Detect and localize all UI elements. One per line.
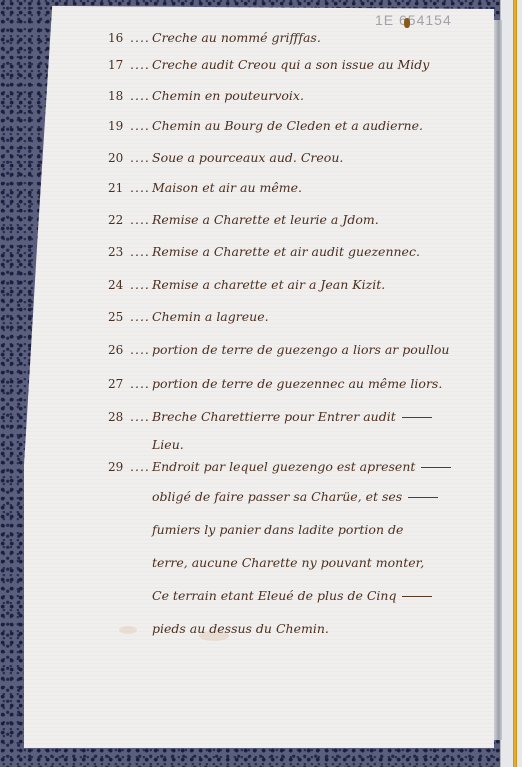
entry-28-continuation: Lieu.: [108, 437, 498, 459]
entry-text: Maison et air au même.: [152, 180, 302, 195]
entry-20: 20....Soue a pourceaux aud. Creou.: [108, 150, 498, 180]
entry-text: Remise a charette et air a Jean Kizit.: [152, 277, 385, 292]
entry-number: 23: [108, 245, 130, 259]
entry-28: 28....Breche Charettierre pour Entrer au…: [108, 409, 498, 437]
entry-17: 17....Creche audit Creou qui a son issue…: [108, 57, 498, 88]
entry-dots: ....: [130, 150, 152, 165]
entry-number: 18: [108, 89, 130, 103]
entry-29-continuation-3: terre, aucune Charette ny pouvant monter…: [108, 555, 498, 588]
entry-continuation-text: obligé de faire passer sa Charüe, et ses: [152, 489, 402, 504]
entry-18: 18....Chemin en pouteurvoix.: [108, 88, 498, 118]
entry-number: 16: [108, 31, 130, 45]
entry-dots: ....: [130, 376, 152, 391]
entry-text: Breche Charettierre pour Entrer audit: [152, 409, 396, 424]
entry-27: 27....portion de terre de guezennec au m…: [108, 376, 498, 409]
entry-text: Chemin au Bourg de Cleden et a audierne.: [152, 118, 423, 133]
entry-dots: ....: [130, 309, 152, 324]
entry-16: 16....Creche au nommé grifffas.: [108, 30, 498, 57]
entry-26: 26....portion de terre de guezengo a lio…: [108, 342, 498, 376]
entry-29-continuation-1: obligé de faire passer sa Charüe, et ses: [108, 489, 498, 522]
entry-text: Chemin en pouteurvoix.: [152, 88, 304, 103]
entry-continuation-text: Lieu.: [152, 437, 184, 452]
entry-continuation-text: terre, aucune Charette ny pouvant monter…: [152, 555, 424, 570]
entry-text: Creche audit Creou qui a son issue au Mi…: [152, 57, 429, 72]
ink-stain: [404, 18, 410, 28]
entry-text: Remise a Charette et leurie a Jdom.: [152, 212, 379, 227]
entry-29: 29....Endroit par lequel guezengo est ap…: [108, 459, 498, 489]
entry-dots: ....: [130, 277, 152, 292]
entry-number: 21: [108, 181, 130, 195]
entry-29-continuation-4: Ce terrain etant Eleué de plus de Cinq: [108, 588, 498, 621]
binding-gold-edge: [513, 0, 517, 767]
entry-23: 23....Remise a Charette et air audit gue…: [108, 244, 498, 277]
entry-dots: ....: [130, 30, 152, 45]
entry-22: 22....Remise a Charette et leurie a Jdom…: [108, 212, 498, 244]
entry-continuation-text: pieds au dessus du Chemin.: [152, 621, 329, 636]
entry-dots: ....: [130, 409, 152, 424]
entry-text: portion de terre de guezengo a liors ar …: [152, 342, 449, 357]
entry-dots: ....: [130, 459, 152, 474]
entry-list: 16....Creche au nommé grifffas. 17....Cr…: [108, 30, 498, 651]
entry-dots: ....: [130, 244, 152, 259]
entry-dots: ....: [130, 180, 152, 195]
entry-29-continuation-5: pieds au dessus du Chemin.: [108, 621, 498, 651]
line-filler-stroke: [408, 497, 438, 498]
entry-text: portion de terre de guezennec au même li…: [152, 376, 442, 391]
line-filler-stroke: [402, 596, 432, 597]
entry-text: Soue a pourceaux aud. Creou.: [152, 150, 343, 165]
entry-number: 26: [108, 343, 130, 357]
entry-19: 19....Chemin au Bourg de Cleden et a aud…: [108, 118, 498, 150]
line-filler-stroke: [421, 467, 451, 468]
entry-dots: ....: [130, 342, 152, 357]
entry-number: 25: [108, 310, 130, 324]
binding-strip: [500, 0, 522, 767]
entry-number: 19: [108, 119, 130, 133]
entry-dots: ....: [130, 212, 152, 227]
entry-number: 28: [108, 410, 130, 424]
entry-continuation-text: fumiers ly panier dans ladite portion de: [152, 522, 403, 537]
entry-dots: ....: [130, 88, 152, 103]
entry-29-continuation-2: fumiers ly panier dans ladite portion de: [108, 522, 498, 555]
entry-dots: ....: [130, 118, 152, 133]
entry-continuation-text: Ce terrain etant Eleué de plus de Cinq: [152, 588, 396, 603]
entry-text: Creche au nommé grifffas.: [152, 30, 321, 45]
entry-dots: ....: [130, 57, 152, 72]
entry-21: 21....Maison et air au même.: [108, 180, 498, 212]
entry-number: 20: [108, 151, 130, 165]
line-filler-stroke: [402, 417, 432, 418]
entry-number: 29: [108, 460, 130, 474]
entry-25: 25....Chemin a lagreue.: [108, 309, 498, 342]
entry-number: 22: [108, 213, 130, 227]
entry-text: Chemin a lagreue.: [152, 309, 269, 324]
entry-number: 27: [108, 377, 130, 391]
entry-text: Remise a Charette et air audit guezennec…: [152, 244, 420, 259]
entry-text: Endroit par lequel guezengo est apresent: [152, 459, 415, 474]
entry-24: 24....Remise a charette et air a Jean Ki…: [108, 277, 498, 309]
entry-number: 17: [108, 58, 130, 72]
entry-number: 24: [108, 278, 130, 292]
archive-reference: 1E 654154: [375, 12, 452, 28]
